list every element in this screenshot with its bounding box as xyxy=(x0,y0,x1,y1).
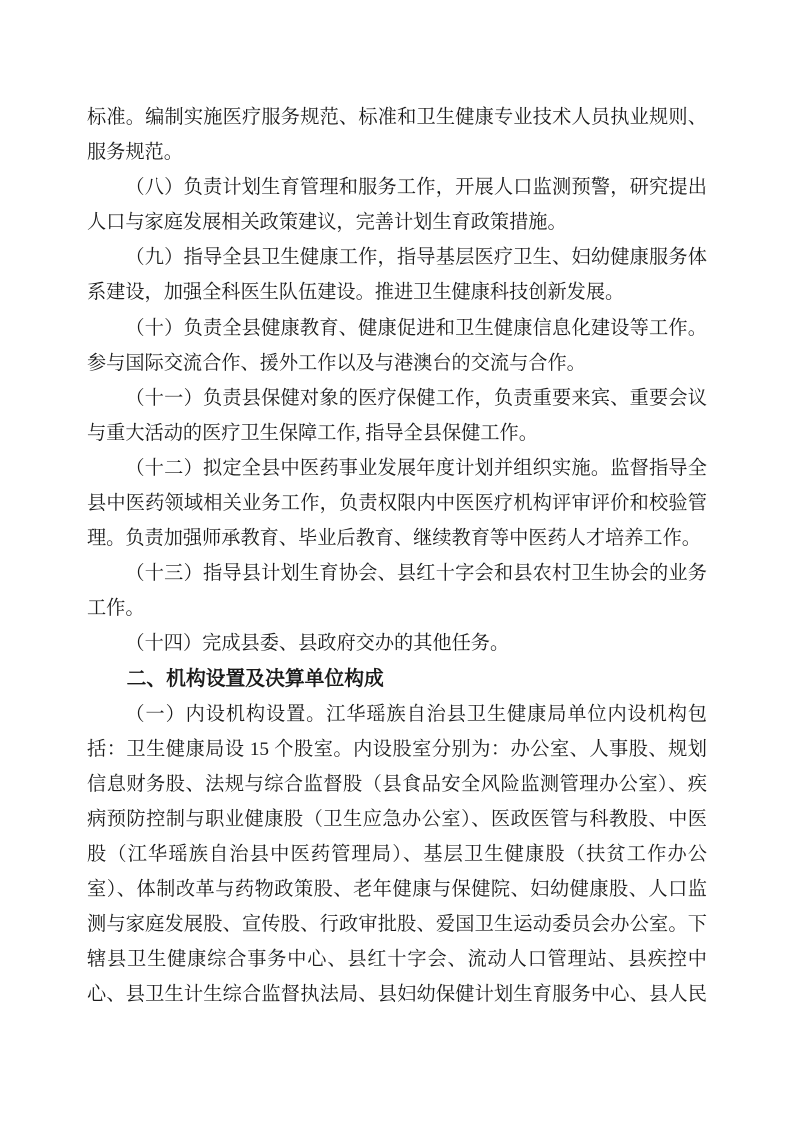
text-line: （十三）指导县计划生育协会、县红十字会和县农村卫生协会的业务 xyxy=(87,556,707,591)
text-line: （八）负责计划生育管理和服务工作，开展人口监测预警，研究提出 xyxy=(87,170,707,205)
text-line: （十二）拟定全县中医药事业发展年度计划并组织实施。监督指导全 xyxy=(87,451,707,486)
text-line: 辖县卫生健康综合事务中心、县红十字会、流动人口管理站、县疾控中 xyxy=(87,942,707,977)
text-line: （十四）完成县委、县政府交办的其他任务。 xyxy=(87,626,707,661)
text-line: 病预防控制与职业健康股（卫生应急办公室）、医政医管与科教股、中医 xyxy=(87,802,707,837)
text-line: （十）负责全县健康教育、健康促进和卫生健康信息化建设等工作。 xyxy=(87,311,707,346)
text-line: 括：卫生健康局设 15 个股室。内设股室分别为：办公室、人事股、规划 xyxy=(87,732,707,767)
document-page: 标准。编制实施医疗服务规范、标准和卫生健康专业技术人员执业规则、服务规范。（八）… xyxy=(0,0,793,1122)
text-line: （九）指导全县卫生健康工作，指导基层医疗卫生、妇幼健康服务体 xyxy=(87,240,707,275)
text-line: 室）、体制改革与药物政策股、老年健康与保健院、妇幼健康股、人口监 xyxy=(87,872,707,907)
text-line: 工作。 xyxy=(87,591,707,626)
text-line: 心、县卫生计生综合监督执法局、县妇幼保健计划生育服务中心、县人民 xyxy=(87,977,707,1012)
text-line: 系建设，加强全科医生队伍建设。推进卫生健康科技创新发展。 xyxy=(87,275,707,310)
text-line: 测与家庭发展股、宣传股、行政审批股、爱国卫生运动委员会办公室。下 xyxy=(87,907,707,942)
section-heading: 二、机构设置及决算单位构成 xyxy=(87,662,707,697)
text-line: 人口与家庭发展相关政策建议，完善计划生育政策措施。 xyxy=(87,205,707,240)
text-line: 县中医药领域相关业务工作，负责权限内中医医疗机构评审评价和校验管 xyxy=(87,486,707,521)
text-line: （十一）负责县保健对象的医疗保健工作，负责重要来宾、重要会议 xyxy=(87,381,707,416)
text-line: 参与国际交流合作、援外工作以及与港澳台的交流与合作。 xyxy=(87,346,707,381)
text-line: 服务规范。 xyxy=(87,135,707,170)
document-body: 标准。编制实施医疗服务规范、标准和卫生健康专业技术人员执业规则、服务规范。（八）… xyxy=(87,100,707,1012)
text-line: 标准。编制实施医疗服务规范、标准和卫生健康专业技术人员执业规则、 xyxy=(87,100,707,135)
text-line: 理。负责加强师承教育、毕业后教育、继续教育等中医药人才培养工作。 xyxy=(87,521,707,556)
text-line: （一）内设机构设置。江华瑶族自治县卫生健康局单位内设机构包 xyxy=(87,697,707,732)
text-line: 信息财务股、法规与综合监督股（县食品安全风险监测管理办公室）、疾 xyxy=(87,767,707,802)
text-line: 股（江华瑶族自治县中医药管理局）、基层卫生健康股（扶贫工作办公 xyxy=(87,837,707,872)
text-line: 与重大活动的医疗卫生保障工作, 指导全县保健工作。 xyxy=(87,416,707,451)
